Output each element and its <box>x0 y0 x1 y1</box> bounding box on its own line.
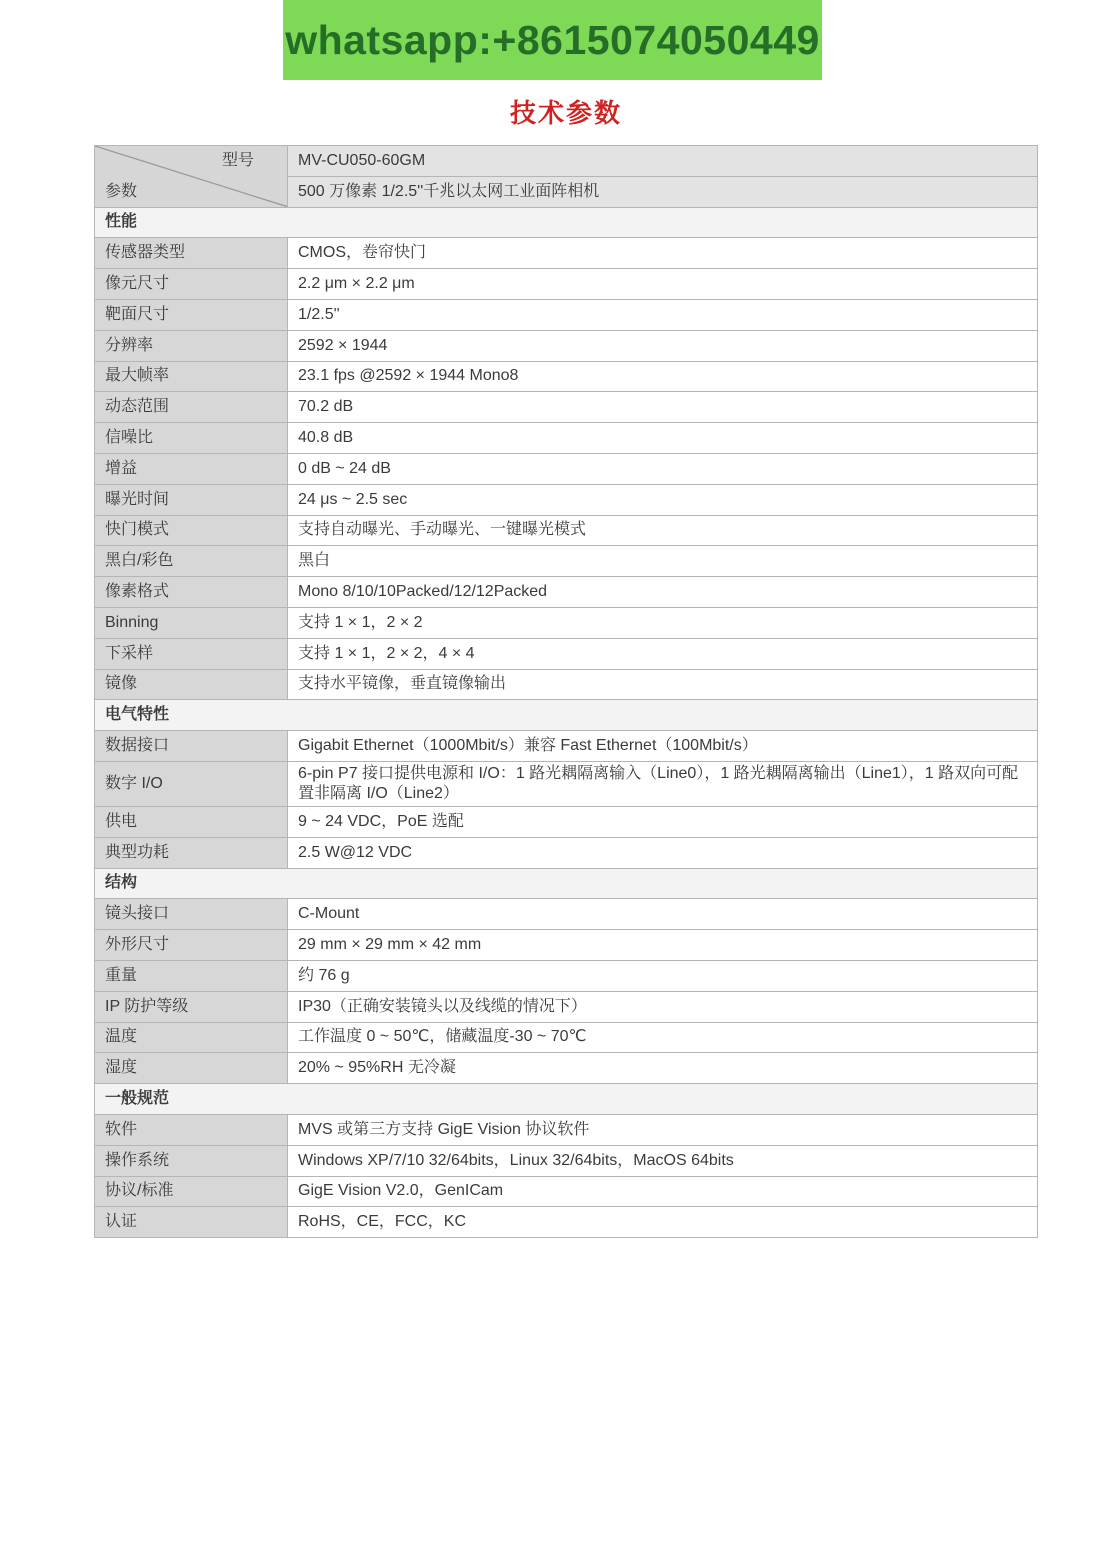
spec-value: 2592 × 1944 <box>288 330 1038 361</box>
spec-value: 工作温度 0 ~ 50℃，储藏温度-30 ~ 70℃ <box>288 1022 1038 1053</box>
spec-label: 像元尺寸 <box>95 269 288 300</box>
spec-row: 下采样支持 1 × 1，2 × 2，4 × 4 <box>95 638 1038 669</box>
spec-row: 分辨率2592 × 1944 <box>95 330 1038 361</box>
spec-value: 约 76 g <box>288 960 1038 991</box>
spec-label: 温度 <box>95 1022 288 1053</box>
spec-label: 操作系统 <box>95 1145 288 1176</box>
spec-value: Windows XP/7/10 32/64bits，Linux 32/64bit… <box>288 1145 1038 1176</box>
page-title: 技术参数 <box>94 93 1038 130</box>
spec-value: IP30（正确安装镜头以及线缆的情况下） <box>288 991 1038 1022</box>
spec-row: 外形尺寸29 mm × 29 mm × 42 mm <box>95 930 1038 961</box>
spec-label: 最大帧率 <box>95 361 288 392</box>
spec-label: 下采样 <box>95 638 288 669</box>
spec-label: 湿度 <box>95 1053 288 1084</box>
spec-value: 支持 1 × 1，2 × 2，4 × 4 <box>288 638 1038 669</box>
spec-row: 信噪比40.8 dB <box>95 423 1038 454</box>
spec-label: 信噪比 <box>95 423 288 454</box>
spec-label: 数据接口 <box>95 731 288 762</box>
spec-value: GigE Vision V2.0，GenICam <box>288 1176 1038 1207</box>
table-corner-cell: 型号 参数 <box>95 146 288 208</box>
spec-row: 靶面尺寸1/2.5'' <box>95 299 1038 330</box>
spec-value: 0 dB ~ 24 dB <box>288 453 1038 484</box>
spec-value: 40.8 dB <box>288 423 1038 454</box>
section-title: 结构 <box>95 868 1038 899</box>
spec-label: 曝光时间 <box>95 484 288 515</box>
model-number: MV-CU050-60GM <box>288 146 1038 177</box>
spec-row: 温度工作温度 0 ~ 50℃，储藏温度-30 ~ 70℃ <box>95 1022 1038 1053</box>
whatsapp-banner-text: whatsapp:+8615074050449 <box>285 17 820 64</box>
spec-value: 23.1 fps @2592 × 1944 Mono8 <box>288 361 1038 392</box>
spec-row: 数字 I/O6-pin P7 接口提供电源和 I/O：1 路光耦隔离输入（Lin… <box>95 761 1038 806</box>
spec-row: 重量约 76 g <box>95 960 1038 991</box>
spec-label: 外形尺寸 <box>95 930 288 961</box>
spec-label: 镜像 <box>95 669 288 700</box>
page: whatsapp:+8615074050449 技术参数 型号 参数 MV-CU… <box>0 0 1102 1559</box>
spec-row: 曝光时间24 μs ~ 2.5 sec <box>95 484 1038 515</box>
spec-label: 像素格式 <box>95 577 288 608</box>
spec-label: 典型功耗 <box>95 837 288 868</box>
spec-label: 分辨率 <box>95 330 288 361</box>
spec-label: 传感器类型 <box>95 238 288 269</box>
spec-label: 快门模式 <box>95 515 288 546</box>
corner-label-param: 参数 <box>105 182 137 202</box>
spec-row: Binning支持 1 × 1，2 × 2 <box>95 607 1038 638</box>
spec-label: Binning <box>95 607 288 638</box>
spec-value: 70.2 dB <box>288 392 1038 423</box>
spec-label: 重量 <box>95 960 288 991</box>
spec-label: 黑白/彩色 <box>95 546 288 577</box>
spec-label: 增益 <box>95 453 288 484</box>
spec-label: 数字 I/O <box>95 761 288 806</box>
spec-row: 最大帧率23.1 fps @2592 × 1944 Mono8 <box>95 361 1038 392</box>
section-row: 性能 <box>95 207 1038 238</box>
spec-row: 传感器类型CMOS，卷帘快门 <box>95 238 1038 269</box>
spec-row: 动态范围70.2 dB <box>95 392 1038 423</box>
spec-label: 动态范围 <box>95 392 288 423</box>
spec-value: RoHS，CE，FCC，KC <box>288 1207 1038 1238</box>
model-description: 500 万像素 1/2.5''千兆以太网工业面阵相机 <box>288 176 1038 207</box>
spec-row: IP 防护等级IP30（正确安装镜头以及线缆的情况下） <box>95 991 1038 1022</box>
spec-label: 认证 <box>95 1207 288 1238</box>
section-row: 结构 <box>95 868 1038 899</box>
spec-value: 20% ~ 95%RH 无冷凝 <box>288 1053 1038 1084</box>
spec-row: 镜头接口C-Mount <box>95 899 1038 930</box>
spec-value: 支持自动曝光、手动曝光、一键曝光模式 <box>288 515 1038 546</box>
spec-row: 操作系统Windows XP/7/10 32/64bits，Linux 32/6… <box>95 1145 1038 1176</box>
section-title: 一般规范 <box>95 1084 1038 1115</box>
section-title: 性能 <box>95 207 1038 238</box>
spec-value: 29 mm × 29 mm × 42 mm <box>288 930 1038 961</box>
spec-value: 黑白 <box>288 546 1038 577</box>
corner-label-model: 型号 <box>222 151 254 171</box>
spec-label: 软件 <box>95 1114 288 1145</box>
spec-row: 供电9 ~ 24 VDC，PoE 选配 <box>95 806 1038 837</box>
spec-row: 镜像支持水平镜像，垂直镜像输出 <box>95 669 1038 700</box>
spec-label: 镜头接口 <box>95 899 288 930</box>
spec-value: CMOS，卷帘快门 <box>288 238 1038 269</box>
spec-row: 认证RoHS，CE，FCC，KC <box>95 1207 1038 1238</box>
spec-value: C-Mount <box>288 899 1038 930</box>
spec-value: 1/2.5'' <box>288 299 1038 330</box>
spec-value: 支持 1 × 1，2 × 2 <box>288 607 1038 638</box>
spec-value: 6-pin P7 接口提供电源和 I/O：1 路光耦隔离输入（Line0），1 … <box>288 761 1038 806</box>
spec-row: 典型功耗2.5 W@12 VDC <box>95 837 1038 868</box>
spec-row: 软件MVS 或第三方支持 GigE Vision 协议软件 <box>95 1114 1038 1145</box>
spec-label: 靶面尺寸 <box>95 299 288 330</box>
spec-row: 像元尺寸2.2 μm × 2.2 μm <box>95 269 1038 300</box>
spec-row: 数据接口Gigabit Ethernet（1000Mbit/s）兼容 Fast … <box>95 731 1038 762</box>
spec-value: MVS 或第三方支持 GigE Vision 协议软件 <box>288 1114 1038 1145</box>
spec-value: Gigabit Ethernet（1000Mbit/s）兼容 Fast Ethe… <box>288 731 1038 762</box>
section-row: 一般规范 <box>95 1084 1038 1115</box>
spec-table: 型号 参数 MV-CU050-60GM 500 万像素 1/2.5''千兆以太网… <box>94 145 1038 1238</box>
whatsapp-banner: whatsapp:+8615074050449 <box>283 0 822 80</box>
spec-row: 湿度20% ~ 95%RH 无冷凝 <box>95 1053 1038 1084</box>
spec-row: 增益0 dB ~ 24 dB <box>95 453 1038 484</box>
spec-value: 9 ~ 24 VDC，PoE 选配 <box>288 806 1038 837</box>
header-row-model: 型号 参数 MV-CU050-60GM <box>95 146 1038 177</box>
spec-row: 快门模式支持自动曝光、手动曝光、一键曝光模式 <box>95 515 1038 546</box>
spec-value: Mono 8/10/10Packed/12/12Packed <box>288 577 1038 608</box>
spec-label: IP 防护等级 <box>95 991 288 1022</box>
spec-value: 2.5 W@12 VDC <box>288 837 1038 868</box>
spec-row: 像素格式Mono 8/10/10Packed/12/12Packed <box>95 577 1038 608</box>
spec-label: 供电 <box>95 806 288 837</box>
spec-value: 24 μs ~ 2.5 sec <box>288 484 1038 515</box>
spec-value: 2.2 μm × 2.2 μm <box>288 269 1038 300</box>
spec-value: 支持水平镜像，垂直镜像输出 <box>288 669 1038 700</box>
spec-label: 协议/标准 <box>95 1176 288 1207</box>
section-title: 电气特性 <box>95 700 1038 731</box>
spec-row: 黑白/彩色黑白 <box>95 546 1038 577</box>
section-row: 电气特性 <box>95 700 1038 731</box>
spec-row: 协议/标准GigE Vision V2.0，GenICam <box>95 1176 1038 1207</box>
